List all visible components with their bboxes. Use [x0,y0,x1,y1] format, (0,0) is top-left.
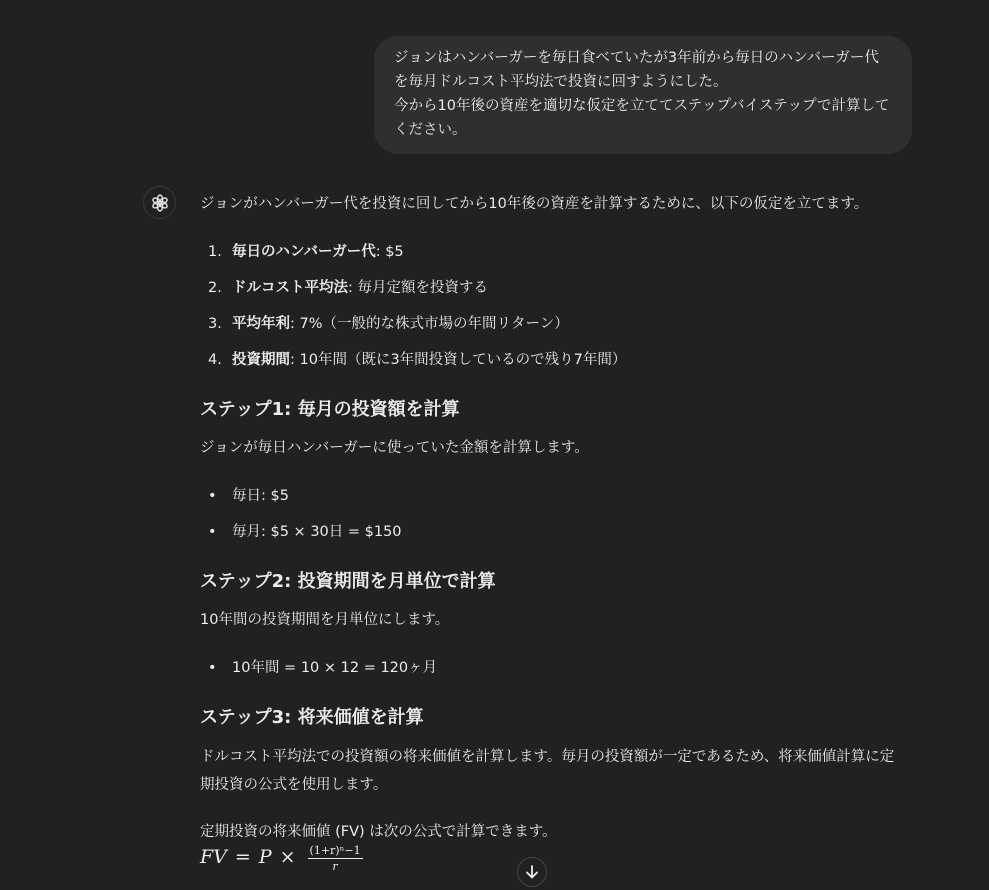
list-item: •毎日: $5 [200,482,402,518]
step3-heading: ステップ3: 将来価値を計算 [200,704,424,732]
list-item: 2.ドルコスト平均法: 毎月定額を投資する [200,274,626,310]
user-message-bubble: ジョンはハンバーガーを毎日食べていたが3年前から毎日のハンバーガー代を毎月ドルコ… [374,36,912,154]
list-number: 2. [200,274,232,302]
user-message: ジョンはハンバーガーを毎日食べていたが3年前から毎日のハンバーガー代を毎月ドルコ… [374,36,912,154]
list-item: 4.投資期間: 10年間（既に3年間投資しているので残り7年間） [200,346,626,382]
user-message-line: 今から10年後の資産を適切な仮定を立ててステップバイステップで計算してください。 [394,94,892,142]
arrow-down-icon [524,864,540,880]
list-item: 3.平均年利: 7%（一般的な株式市場の年間リターン） [200,310,626,346]
step3-text-line2: 期投資の公式を使用します。 [200,771,387,799]
formula-p: P [259,846,272,868]
formula-lhs: FV [200,846,227,868]
assumptions-list: 1.毎日のハンバーガー代: $5 2.ドルコスト平均法: 毎月定額を投資する 3… [200,238,626,382]
list-value: : 10年間（既に3年間投資しているので残り7年間） [290,352,626,368]
bullet-text: 毎日: $5 [232,488,289,504]
step2-bullets: •10年間 = 10 × 12 = 120ヶ月 [200,654,437,690]
fv-formula: FV = P × (1+r)ⁿ−1 r [200,842,363,871]
list-item: 1.毎日のハンバーガー代: $5 [200,238,626,274]
step3-text-line1: ドルコスト平均法での投資額の将来価値を計算します。毎月の投資額が一定であるため、… [200,743,894,771]
formula-denominator: r [332,859,337,873]
openai-logo-icon [150,193,170,213]
formula-times: × [280,846,296,868]
bullet-text: 毎月: $5 × 30日 = $150 [232,524,402,540]
list-value: : 7%（一般的な株式市場の年間リターン） [290,316,569,332]
list-value: : $5 [376,244,404,260]
list-label: ドルコスト平均法 [232,280,348,296]
step2-heading: ステップ2: 投資期間を月単位で計算 [200,568,496,596]
scroll-to-bottom-button[interactable] [517,857,547,887]
list-value: : 毎月定額を投資する [348,280,488,296]
assistant-avatar [143,186,176,219]
list-label: 平均年利 [232,316,290,332]
list-number: 1. [200,238,232,266]
list-label: 毎日のハンバーガー代 [232,244,376,260]
step1-bullets: •毎日: $5 •毎月: $5 × 30日 = $150 [200,482,402,554]
intro-text: ジョンがハンバーガー代を投資に回してから10年後の資産を計算するために、以下の仮… [200,190,868,218]
user-message-line: ジョンはハンバーガーを毎日食べていたが3年前から毎日のハンバーガー代を毎月ドルコ… [394,46,892,94]
bullet-text: 10年間 = 10 × 12 = 120ヶ月 [232,660,437,676]
formula-numerator: (1+r)ⁿ−1 [308,844,363,859]
step1-text: ジョンが毎日ハンバーガーに使っていた金額を計算します。 [200,434,589,462]
list-number: 3. [200,310,232,338]
step1-heading: ステップ1: 毎月の投資額を計算 [200,396,460,424]
bullet-icon: • [200,654,232,682]
list-item: •毎月: $5 × 30日 = $150 [200,518,402,554]
bullet-icon: • [200,482,232,510]
list-label: 投資期間 [232,352,290,368]
formula-fraction: (1+r)ⁿ−1 r [308,844,363,873]
bullet-icon: • [200,518,232,546]
list-item: •10年間 = 10 × 12 = 120ヶ月 [200,654,437,690]
list-number: 4. [200,346,232,374]
formula-equals: = [235,846,251,868]
step2-text: 10年間の投資期間を月単位にします。 [200,606,449,634]
